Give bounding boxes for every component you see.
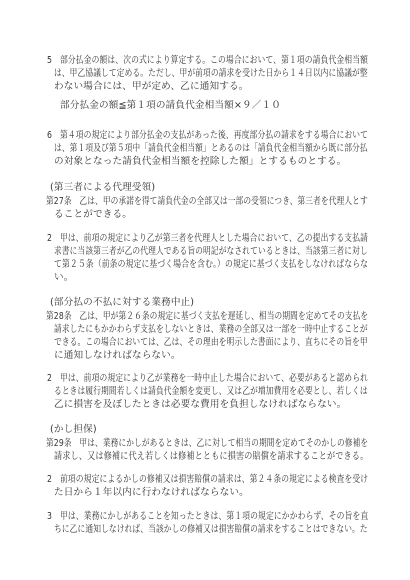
text-line: 2 甲は、前項の規定により乙が業務を一時中止した場合において、必要があると認めら…: [47, 372, 368, 385]
text-line: 第29条 甲は、業務にかしがあるときは、乙に対して相当の期間を定めてそのかしの修…: [46, 437, 368, 450]
text-line: できる。この場合においては、乙は、その理由を明示した書面により、直ちにその旨を甲: [54, 336, 368, 349]
text-line: 第27条 乙は、甲の承諾を得て請負代金の全部又は一部の受領につき、第三者を代理人…: [46, 195, 368, 208]
text-line: (部分払の不払に対する業務中止): [50, 296, 194, 309]
text-line: 3 甲は、業務にかしがあることを知ったときは、第１項の規定にかかわらず、その旨を…: [47, 510, 368, 523]
text-line: (第三者による代理受領): [50, 181, 155, 194]
text-line: (かし担保): [50, 423, 97, 436]
text-line: は、第１項及び第５項中「請負代金相当額」とあるのは「請負代金相当額から既に部分払: [54, 142, 368, 155]
text-line: 部分払金の額≦第１項の請負代金相当額×９／１０: [60, 99, 281, 112]
text-line: 求書に当該第三者が乙の代理人である旨の明記がなされているときは、当該第三者に対し: [54, 245, 368, 258]
text-line: 乙に損害を及ぼしたときは必要な費用を負担しなければならない。: [54, 398, 346, 411]
text-line: ちに乙に通知しなければ、当該かしの修補又は損害賠償の請求をすることはできない。た: [54, 523, 368, 536]
text-line: るときは履行期間若しくは請負代金額を変更し、又は乙が増加費用を必要とし、若しくは: [54, 385, 368, 398]
text-line: 2 前項の規定によるかしの修補又は損害賠償の請求は、第２４条の規定による検査を受…: [47, 473, 368, 486]
text-line: 請求したにもかかわらず支払をしないときは、業務の全部又は一部を一時中止することが: [54, 323, 368, 336]
text-line: 第28条 乙は、甲が第２６条の規定に基づく支払を遅延し、相当の期間を定めてその支…: [46, 310, 368, 323]
text-line: は、甲乙協議して定める。ただし、甲が前項の請求を受けた日から１４日以内に協議が整: [54, 67, 368, 80]
text-line: 6 第４項の規定により部分払金の支払があった後、再度部分払の請求をする場合におい…: [47, 129, 368, 142]
text-line: ることができる。: [54, 208, 132, 221]
text-line: た日から１年以内に行わなければならない。: [54, 486, 249, 499]
text-line: 請求し、又は修補に代え若しくは修補とともに損害の賠償を請求することができる。: [54, 450, 368, 463]
text-line: わない場合には、甲が定め、乙に通知する。: [54, 80, 249, 93]
text-line: 2 甲は、前項の規定により乙が第三者を代理人とした場合において、乙の提出する支払…: [47, 232, 368, 245]
text-line: て第２５条（前条の規定に基づく場合を含む。）の規定に基づく支払をしなければならな: [54, 258, 368, 271]
text-line: い。: [54, 271, 74, 284]
text-line: 5 部分払金の額は、次の式により算定する。この場合において、第１項の請負代金相当…: [47, 54, 368, 67]
document-page: 5 部分払金の額は、次の式により算定する。この場合において、第１項の請負代金相当…: [0, 0, 410, 580]
text-line: に通知しなければならない。: [54, 349, 181, 362]
text-line: の対象となった請負代金相当額を控除した額」とするものとする。: [54, 155, 346, 168]
